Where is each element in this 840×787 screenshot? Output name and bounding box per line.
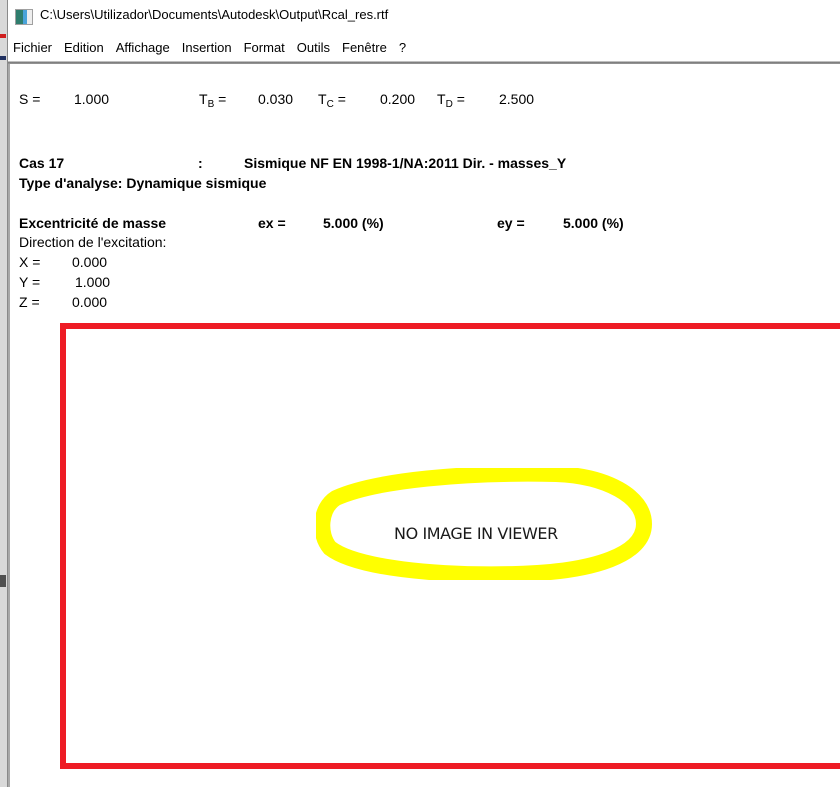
td-equals: = bbox=[457, 91, 465, 107]
tb-value: 0.030 bbox=[258, 91, 293, 107]
case-description: Sismique NF EN 1998-1/NA:2011 Dir. - mas… bbox=[244, 155, 566, 171]
menu-help[interactable]: ? bbox=[399, 40, 406, 55]
td-value: 2.500 bbox=[499, 91, 534, 107]
tb-label: TB = bbox=[199, 91, 226, 110]
case-colon: : bbox=[198, 155, 203, 171]
ex-value: 5.000 (%) bbox=[323, 215, 384, 231]
app-icon bbox=[15, 9, 33, 25]
ey-label: ey = bbox=[497, 215, 525, 231]
tc-symbol: T bbox=[318, 91, 327, 107]
menu-bar: Fichier Edition Affichage Insertion Form… bbox=[8, 34, 840, 60]
menu-fichier[interactable]: Fichier bbox=[13, 40, 52, 55]
case-label: Cas 17 bbox=[19, 155, 64, 171]
td-symbol: T bbox=[437, 91, 446, 107]
tc-subscript: C bbox=[327, 99, 334, 110]
s-label: S = bbox=[19, 91, 40, 107]
analysis-type: Type d'analyse: Dynamique sismique bbox=[19, 175, 266, 191]
menu-edition[interactable]: Edition bbox=[64, 40, 104, 55]
menu-fenetre[interactable]: Fenêtre bbox=[342, 40, 387, 55]
menu-format[interactable]: Format bbox=[244, 40, 285, 55]
tb-symbol: T bbox=[199, 91, 208, 107]
excitation-z-label: Z = bbox=[19, 294, 40, 310]
excitation-y-label: Y = bbox=[19, 274, 40, 290]
excitation-x-value: 0.000 bbox=[72, 254, 107, 270]
menu-outils[interactable]: Outils bbox=[297, 40, 330, 55]
excitation-x-label: X = bbox=[19, 254, 40, 270]
tc-equals: = bbox=[338, 91, 346, 107]
background-window-mark bbox=[0, 575, 6, 587]
window-title: C:\Users\Utilizador\Documents\Autodesk\O… bbox=[40, 7, 388, 22]
excitation-y-value: 1.000 bbox=[75, 274, 110, 290]
excitation-heading: Direction de l'excitation: bbox=[19, 234, 166, 250]
tb-subscript: B bbox=[208, 99, 215, 110]
td-subscript: D bbox=[446, 99, 453, 110]
ey-value: 5.000 (%) bbox=[563, 215, 624, 231]
tc-label: TC = bbox=[318, 91, 346, 110]
tc-value: 0.200 bbox=[380, 91, 415, 107]
title-bar: C:\Users\Utilizador\Documents\Autodesk\O… bbox=[8, 0, 840, 34]
background-window-edge bbox=[0, 0, 8, 787]
td-label: TD = bbox=[437, 91, 465, 110]
menu-insertion[interactable]: Insertion bbox=[182, 40, 232, 55]
excitation-z-value: 0.000 bbox=[72, 294, 107, 310]
ex-label: ex = bbox=[258, 215, 286, 231]
background-window-mark bbox=[0, 34, 6, 38]
menu-affichage[interactable]: Affichage bbox=[116, 40, 170, 55]
no-image-label: NO IMAGE IN VIEWER bbox=[394, 524, 558, 543]
background-window-mark bbox=[0, 56, 6, 60]
tb-equals: = bbox=[218, 91, 226, 107]
s-value: 1.000 bbox=[74, 91, 109, 107]
eccentricity-label: Excentricité de masse bbox=[19, 215, 166, 231]
